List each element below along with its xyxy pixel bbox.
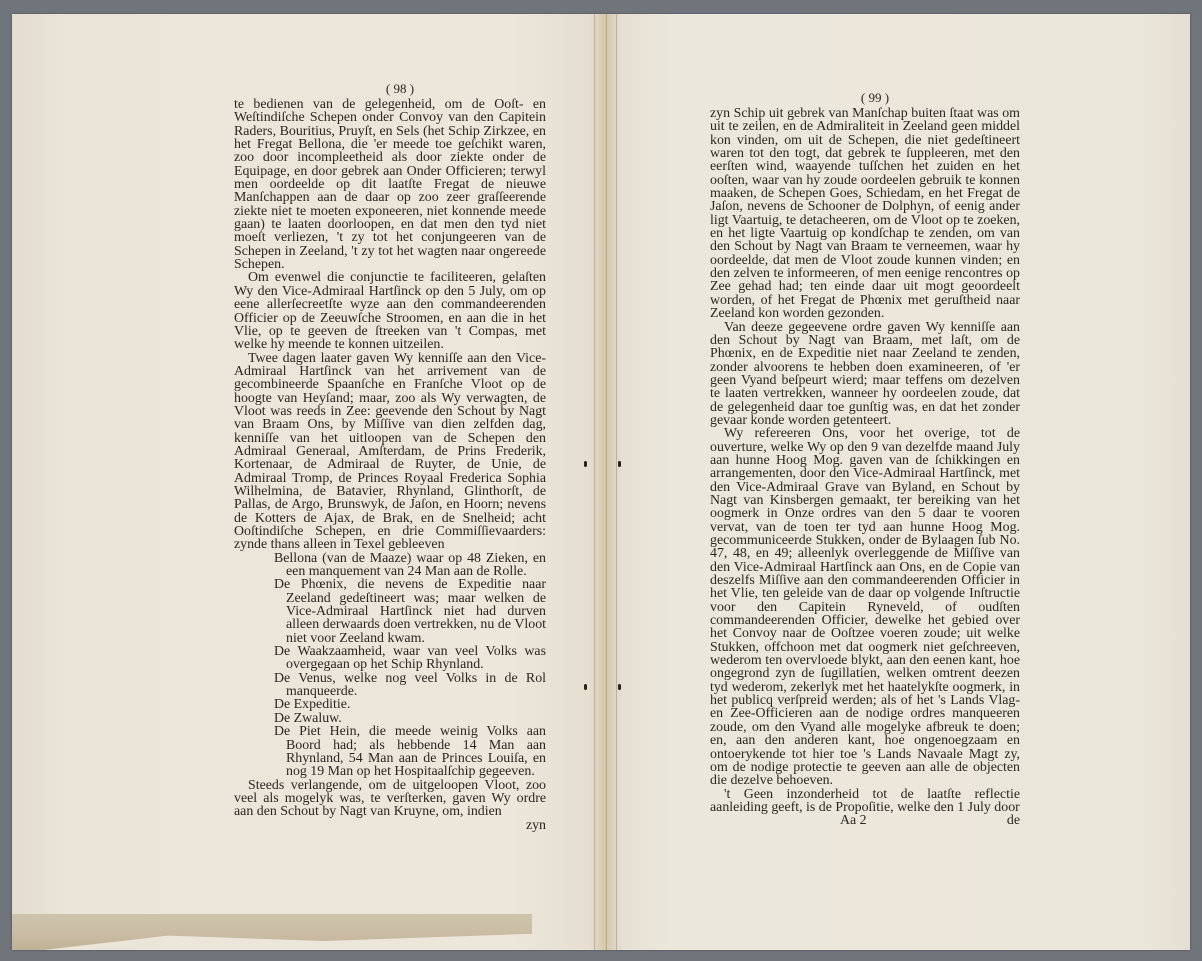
- paragraph: 't Geen inzonderheid tot de laatſte refl…: [710, 788, 1020, 815]
- ship-list: Bellona (van de Maaze) waar op 48 Zieken…: [234, 552, 546, 779]
- ship-list-item: Bellona (van de Maaze) waar op 48 Zieken…: [274, 552, 546, 579]
- paragraph: zyn Schip uit gebrek van Manſchap buiten…: [710, 107, 1020, 321]
- ship-list-item: De Expeditie.: [274, 698, 546, 711]
- ship-list-item: De Piet Hein, die meede weinig Volks aan…: [274, 725, 546, 778]
- paragraph: Wy refereeren Ons, voor het overige, tot…: [710, 427, 1020, 787]
- fold-crease: [616, 14, 617, 950]
- catchword: zyn: [526, 819, 546, 832]
- stitch-hole: [584, 461, 587, 467]
- ship-list-item: De Zwaluw.: [274, 712, 546, 725]
- catchword: de: [1007, 814, 1020, 827]
- fold-crease: [606, 14, 607, 950]
- stitch-hole: [618, 461, 621, 467]
- left-page-text: ( 98 ) te bedienen van de gelegenheid, o…: [234, 82, 546, 832]
- ship-list-item: De Phœnix, die nevens de Expeditie naar …: [274, 578, 546, 645]
- right-page-text: ( 99 ) zyn Schip uit gebrek van Manſchap…: [710, 91, 1020, 828]
- page-number: ( 98 ): [234, 82, 546, 96]
- signature-mark: Aa 2: [840, 814, 867, 827]
- paragraph: te bedienen van de gelegenheid, om de Oo…: [234, 98, 546, 271]
- catchword-row: zyn: [234, 819, 546, 832]
- ship-list-item: De Waakzaamheid, waar van veel Volks was…: [274, 645, 546, 672]
- stitch-hole: [618, 684, 621, 690]
- paragraph: Van deeze gegeevene ordre gaven Wy kenni…: [710, 321, 1020, 428]
- fold-crease: [594, 14, 595, 950]
- paragraph: Om evenwel die conjunctie te faciliteere…: [234, 271, 546, 351]
- paragraph: Steeds verlangende, om de uitgeloopen Vl…: [234, 779, 546, 819]
- ship-list-item: De Venus, welke nog veel Volks in de Rol…: [274, 672, 546, 699]
- stitch-hole: [584, 684, 587, 690]
- paragraph: Twee dagen laater gaven Wy kenniſſe aan …: [234, 352, 546, 552]
- signature-row: Aa 2 de: [710, 814, 1020, 827]
- page-number: ( 99 ): [710, 91, 1020, 105]
